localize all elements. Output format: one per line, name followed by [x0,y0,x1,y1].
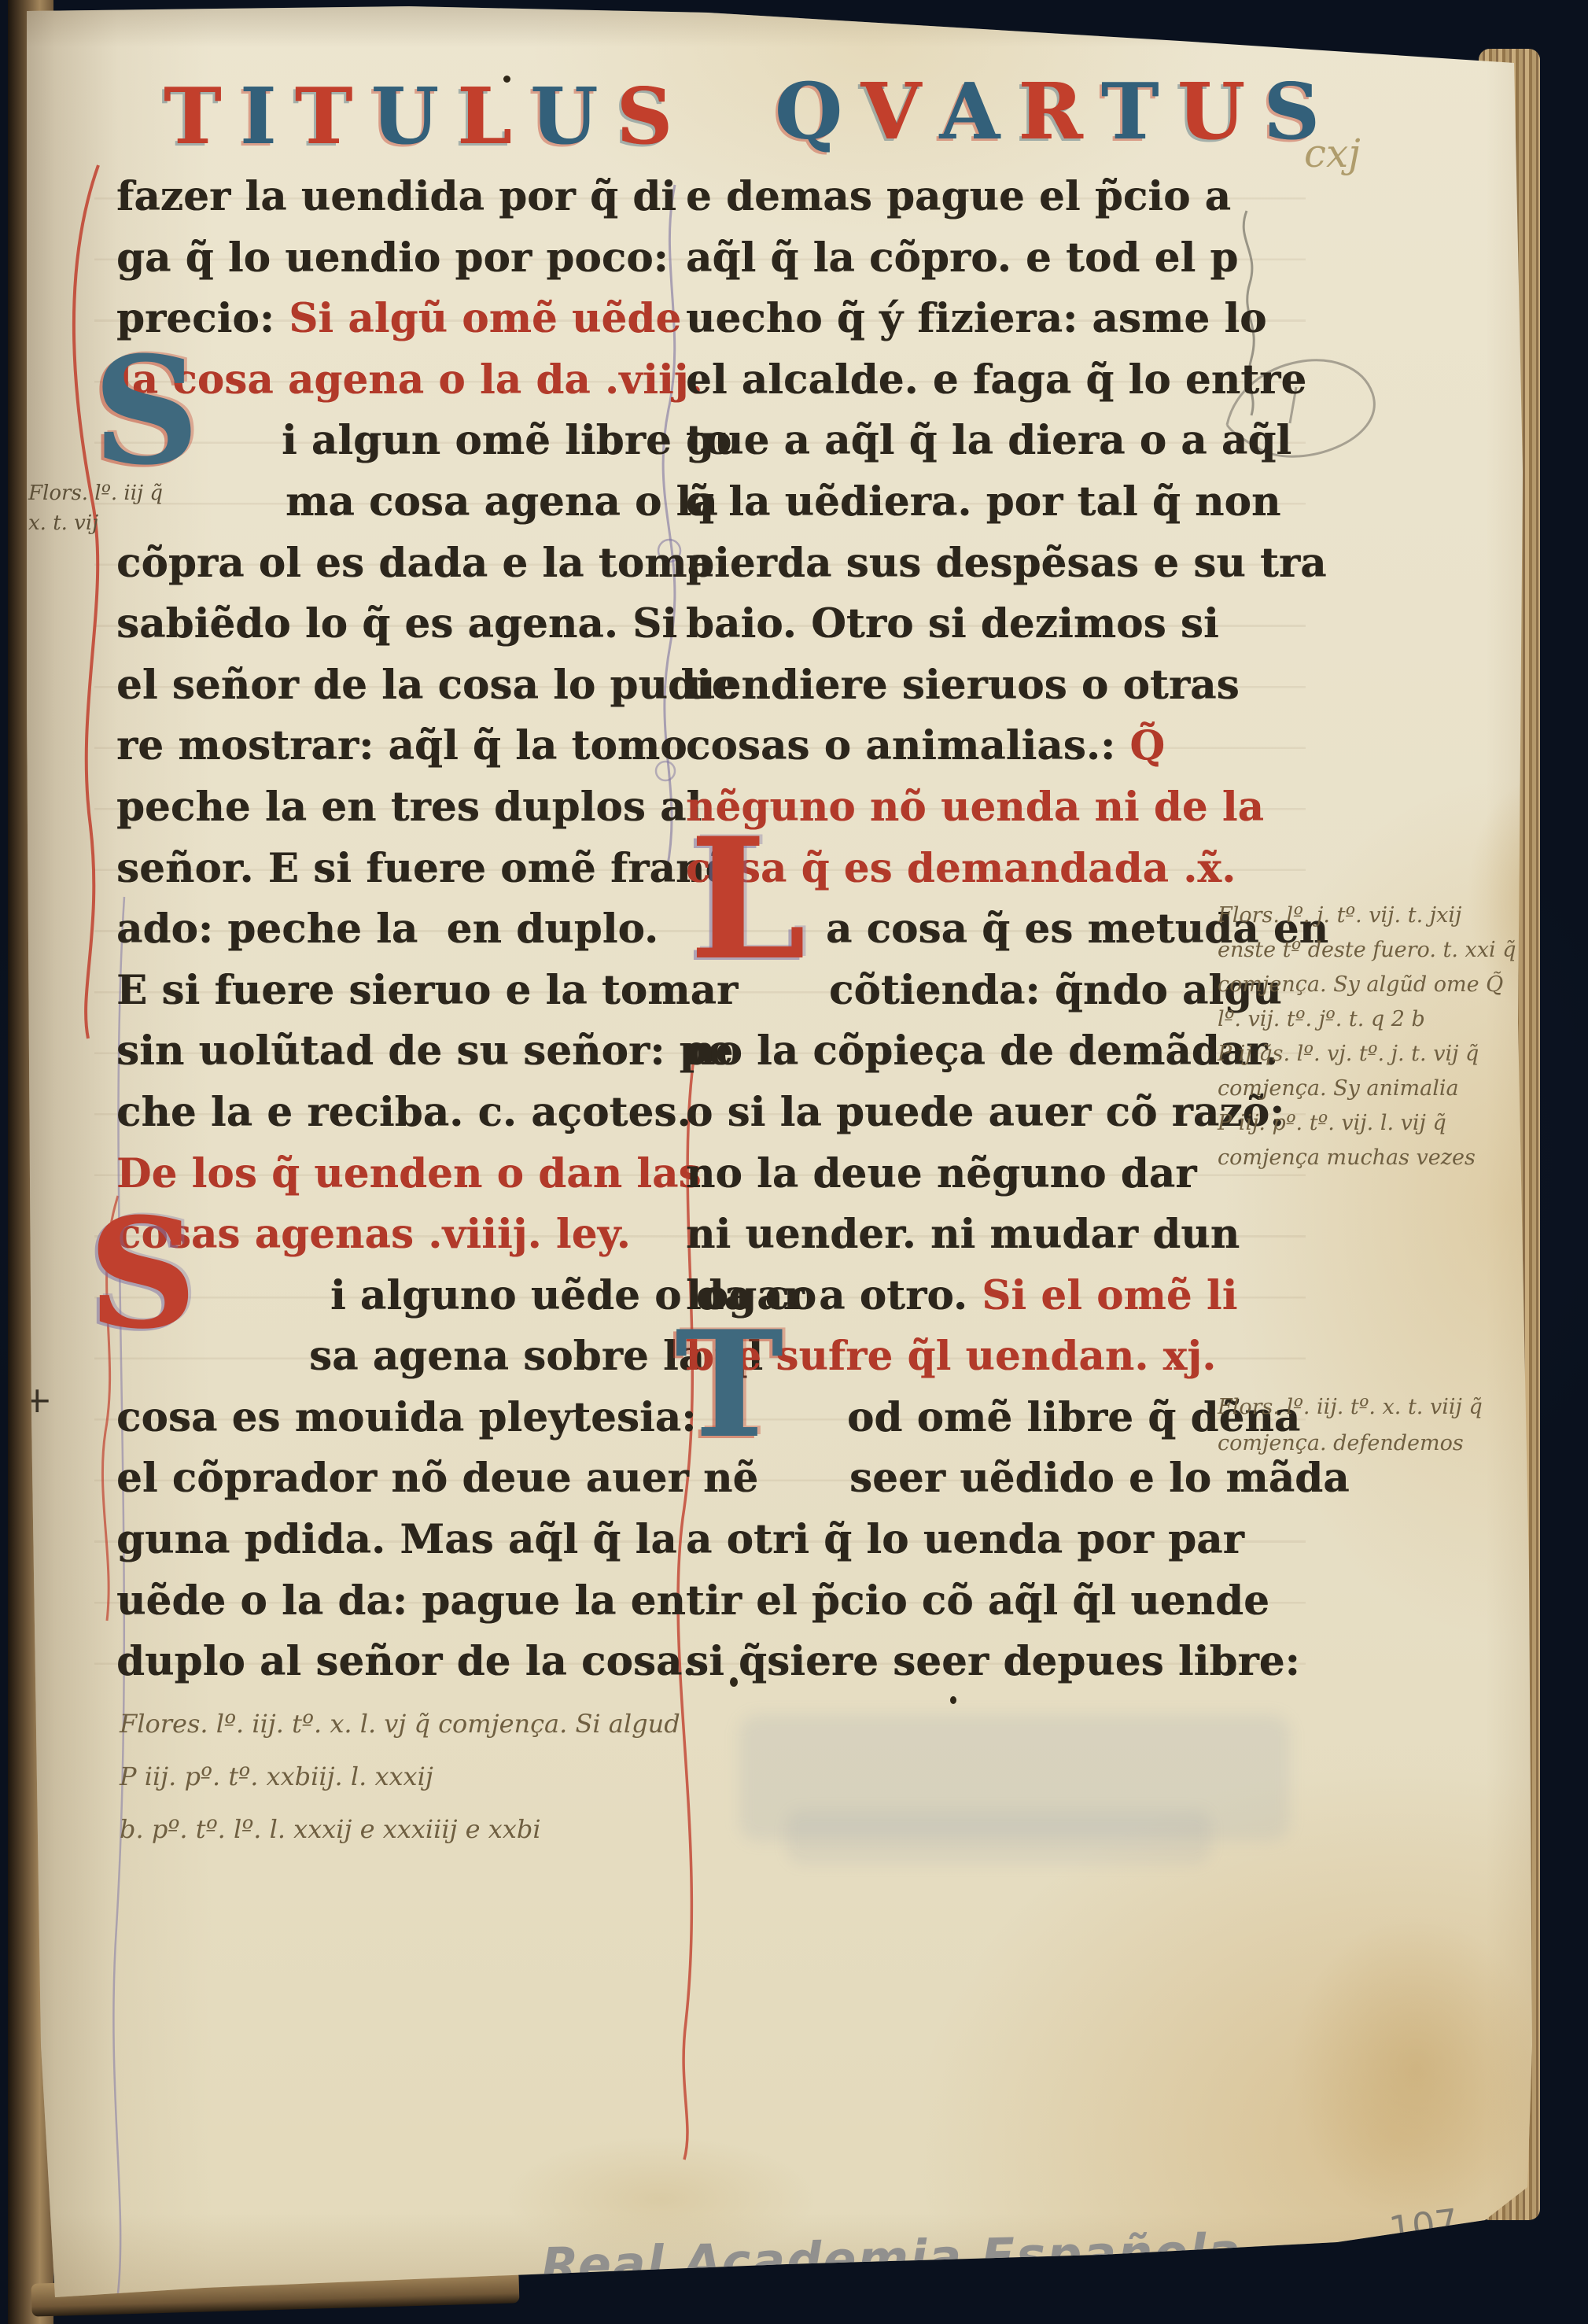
body-text: fazer la uendida por q̃ di [116,173,676,220]
marginal-gloss-left: Flors. lº. iij q̃x. t. vij [28,478,163,538]
gloss-line: Flores. lº. iij. tº. x. l. vj q̃ comjenç… [120,1698,680,1750]
text-line: gue a aq̃l q̃ la diera o a aq̃l [686,411,1299,472]
text-line: el señor de la cosa lo pudie [116,655,714,717]
gloss-line: P iij. pº. tº. vij. l. vij q̃ [1218,1106,1516,1141]
text-line: ga q̃ lo uendio por poco: [116,228,714,290]
body-text: che la e reciba. c. açotes. [116,1089,691,1136]
illuminated-initial-s-blue: S [93,345,200,478]
gloss-line: lº. vij. tº. jº. t. q 2 b [1218,1002,1516,1037]
body-text: si q̃siere seer depues libre: [686,1638,1300,1685]
body-text: duplo al señor de la cosa. [116,1638,697,1685]
body-text: ni uender. ni mudar dun [686,1211,1240,1258]
header-letter: Q [775,74,842,151]
text-line: ma cosa agena o la [116,472,714,533]
text-line: uecho q̃ ý fiziera: asme lo [686,289,1299,350]
text-line: señor. E si fuere omẽ franq̃ [116,839,714,900]
body-text: re mostrar: aq̃l q̃ la tomo [116,722,687,769]
rubric-text: Si el omẽ li [982,1272,1237,1319]
illuminated-initial-l-red: L [689,824,806,975]
gloss-line: comjença. Sy algũd ome Q̃ [1218,968,1516,1002]
ink-speck [950,1696,956,1704]
body-text: cosa es mouida pleytesia: [116,1394,696,1441]
text-line: e demas pague el p̃cio a [686,167,1299,228]
text-line: tir el p̃cio cõ aq̃l q̃l uende [686,1571,1299,1632]
text-line: uendiere sieruos o otras [686,655,1299,717]
text-line: el alcalde. e faga q̃ lo entre [686,350,1299,411]
body-text: seer uẽdido e lo mãda [849,1455,1350,1502]
rubric-text: Si algũ omẽ uẽde [289,295,681,342]
body-text: el alcalde. e faga q̃ lo entre [686,356,1306,404]
illuminated-initial-t-blue: T [675,1319,783,1450]
body-text: guna pdida. Mas aq̃l q̃ la [116,1516,677,1563]
folio-number: 107 [1387,2200,1461,2251]
header-letter: I [240,79,276,156]
rubric-text: Q̃ [1129,722,1165,769]
text-line: no la deue nẽguno dar [686,1144,1299,1205]
text-line: re mostrar: aq̃l q̃ la tomo [116,716,714,777]
text-line: aq̃l q̃ la cõpro. e tod el p [686,228,1299,290]
body-text: sin uolũtad de su señor: pe [116,1027,734,1075]
text-line: q̃ la uẽdiera. por tal q̃ non [686,472,1299,533]
body-text: e demas pague el p̃cio a [686,173,1231,220]
text-line: cosas agenas .viiij. ley. [116,1204,714,1266]
header-letter: U [1177,74,1244,151]
body-text: a otri q̃ lo uenda por par [686,1516,1244,1563]
text-line: si q̃siere seer depues libre: [686,1632,1299,1693]
text-line: sa agena sobre la q̃l [116,1326,714,1388]
running-title-titulus: TITULUS [164,79,672,156]
gloss-line: P ij q̃s. lº. vj. tº. j. t. vij q̃ [1218,1037,1516,1072]
body-text: baio. Otro si dezimos si [686,600,1219,647]
text-line: o si la puede auer cõ razõ: [686,1083,1299,1144]
body-text: no la cõpieça de demãdar. [686,1027,1278,1075]
text-line: ni uender. ni mudar dun [686,1204,1299,1266]
text-line: a otri q̃ lo uenda por par [686,1510,1299,1571]
header-letter: R [1018,74,1081,151]
text-line: el cõprador nõ deue auer nẽ [116,1448,714,1510]
body-text: el cõprador nõ deue auer nẽ [116,1455,758,1502]
gloss-line: comjença. Sy animalia [1218,1072,1516,1106]
header-letter: S [617,79,672,156]
body-text: señor. E si fuere omẽ franq̃ [116,845,734,892]
text-line: fazer la uendida por q̃ di [116,167,714,228]
header-letter: T [1101,74,1159,151]
gloss-line: enste tº deste fuero. t. xxi q̃ [1218,933,1516,968]
gloss-line: x. t. vij [28,508,163,538]
manuscript-page: TITULUS QVARTUS fazer la uendida por q̃ … [0,0,1588,2324]
body-text: ma cosa agena o la [286,478,718,526]
body-text: tir el p̃cio cõ aq̃l q̃l uende [686,1577,1269,1625]
manuscript-photo: TITULUS QVARTUS fazer la uendida por q̃ … [0,0,1588,2324]
gloss-line: P iij. pº. tº. xxbiij. l. xxxij [120,1750,680,1803]
body-text: uẽde o la da: pague la en [116,1577,686,1625]
text-line: guna pdida. Mas aq̃l q̃ la [116,1510,714,1571]
body-text: peche la en tres duplos al [116,784,702,831]
body-text: sabiẽdo lo q̃ es agena. Si [116,600,677,647]
body-text: cosas o animalias.: [686,722,1129,769]
text-line: che la e reciba. c. açotes. [116,1083,714,1144]
gloss-line: comjença. defendemos [1218,1426,1483,1462]
marginal-gloss-right-upper: Flors. lº. j. tº. vij. t. jxijenste tº d… [1218,898,1516,1175]
text-line: De los q̃ uenden o dan las [116,1144,714,1205]
text-column-left: fazer la uendida por q̃ diga q̃ lo uendi… [116,167,714,1693]
gloss-line: Flors. lº. iij. tº. x. t. viij q̃ [1218,1389,1483,1426]
text-line: pierda sus despẽsas e su tra [686,533,1299,595]
body-text: o si la puede auer cõ razõ: [686,1089,1284,1136]
header-letter: L [457,79,511,156]
text-line: sin uolũtad de su señor: pe [116,1021,714,1083]
body-text: i algun omẽ libre to [282,417,731,464]
body-text: cõpra ol es dada e la toma [116,540,713,587]
body-text: aq̃l q̃ la cõpro. e tod el p [686,234,1239,282]
text-line: peche la en tres duplos al [116,777,714,839]
illuminated-initial-s-red: S [88,1207,197,1343]
marginal-gloss-right-lower: Flors. lº. iij. tº. x. t. viij q̃comjenç… [1218,1389,1483,1462]
gloss-line: Flors. lº. iij q̃ [28,478,163,508]
body-text: q̃ la uẽdiera. por tal q̃ non [686,478,1280,526]
ink-bleedthrough [787,1809,1211,1865]
top-right-folio-mark: cxj [1304,131,1361,176]
text-line: cõpra ol es dada e la toma [116,533,714,595]
text-line: cosas o animalias.: Q̃ [686,716,1299,777]
header-letter: A [939,74,999,151]
text-line: la cosa agena o la da .viij. [116,350,714,411]
gloss-line: Flors. lº. j. tº. vij. t. jxij [1218,898,1516,933]
body-text: pierda sus despẽsas e su tra [686,540,1327,587]
body-text: ado: peche la en duplo. [116,906,658,953]
text-line: sabiẽdo lo q̃ es agena. Si [116,594,714,655]
header-letter: T [164,79,221,156]
gloss-line: b. pº. tº. lº. l. xxxij e xxxiiij e xxbi [120,1803,680,1856]
text-line: ado: peche la en duplo. [116,899,714,961]
gloss-line: comjença muchas vezes [1218,1141,1516,1175]
text-line: baio. Otro si dezimos si [686,594,1299,655]
body-text: gue a aq̃l q̃ la diera o a aq̃l [686,417,1291,464]
library-watermark: Real Academia Española [540,2223,1242,2295]
text-line: i alguno uẽde o da co [116,1266,714,1327]
header-letter: U [530,79,597,156]
text-line: precio: Si algũ omẽ uẽde [116,289,714,350]
footnote-gloss-left-column: Flores. lº. iij. tº. x. l. vj q̃ comjenç… [120,1698,680,1856]
body-text: no la deue nẽguno dar [686,1150,1197,1197]
text-line: uẽde o la da: pague la en [116,1571,714,1632]
text-line: no la cõpieça de demãdar. [686,1021,1299,1083]
body-text: el señor de la cosa lo pudie [116,662,738,709]
rubric-text: la cosa agena o la da .viij. [116,356,703,404]
body-text: ga q̃ lo uendio por poco: [116,234,669,282]
header-letter: T [295,79,352,156]
header-letter: V [860,74,920,151]
body-text: uecho q̃ ý fiziera: asme lo [686,295,1267,342]
text-line: i algun omẽ libre to [116,411,714,472]
body-text: cõtienda: q̃ndo algu [829,967,1282,1014]
text-line: duplo al señor de la cosa. [116,1632,714,1693]
header-letter: U [371,79,438,156]
body-text: E si fuere sieruo e la tomar [116,967,738,1014]
text-line: E si fuere sieruo e la tomar [116,961,714,1022]
rubric-text: De los q̃ uenden o dan las [116,1150,702,1197]
text-line: cosa es mouida pleytesia: [116,1388,714,1449]
body-text: uendiere sieruos o otras [686,662,1240,709]
running-title-quartus: QVARTUS [775,74,1319,151]
